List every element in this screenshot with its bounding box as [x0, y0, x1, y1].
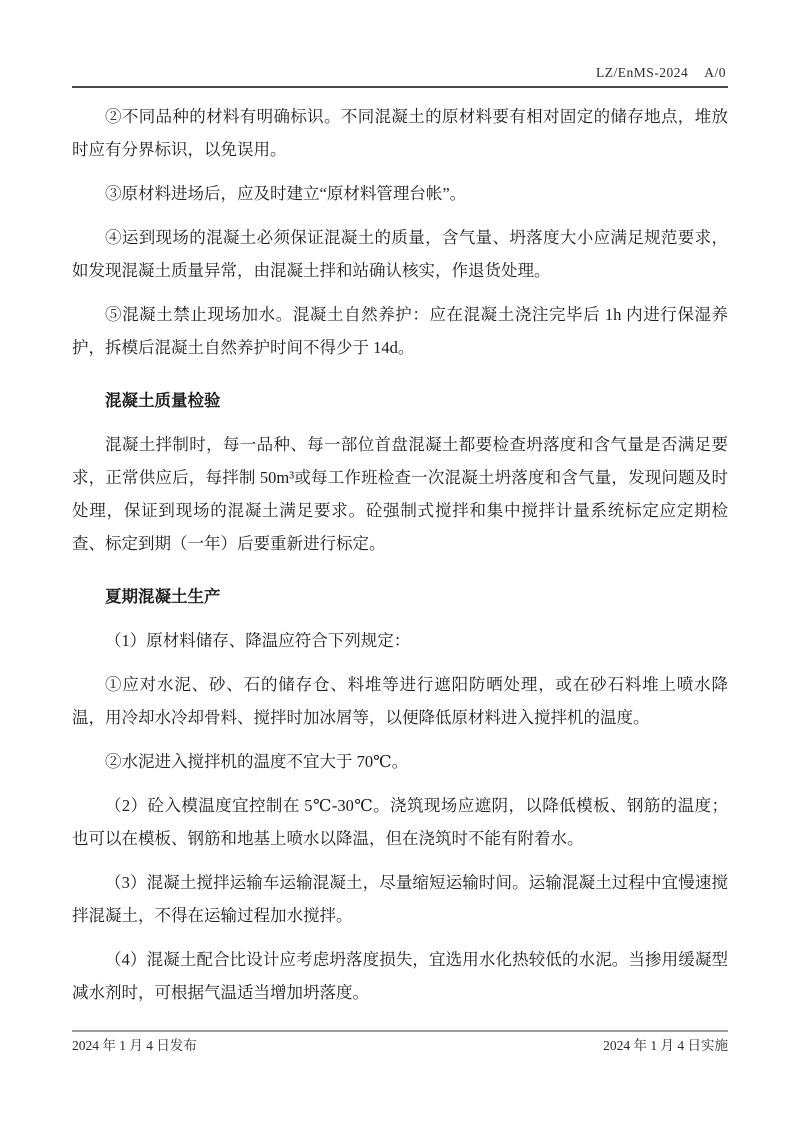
document-body: ②不同品种的材料有明确标识。不同混凝土的原材料要有相对固定的储存地点，堆放时应有…: [72, 100, 728, 1009]
clause-shading-cooling: ①应对水泥、砂、石的储存仓、料堆等进行遮阳防晒处理，或在砂石料堆上喷水降温，用冷…: [72, 668, 728, 734]
section-heading-quality-inspection: 混凝土质量检验: [72, 384, 728, 417]
clause-curing-requirements: ⑤混凝土禁止现场加水。混凝土自然养护：应在混凝土浇注完毕后 1h 内进行保湿养护…: [72, 298, 728, 364]
clause-mix-design: （4）混凝土配合比设计应考虑坍落度损失，宜选用水化热较低的水泥。当掺用缓凝型减水…: [72, 943, 728, 1009]
document-code: LZ/EnMS-2024: [596, 65, 688, 80]
document-page: LZ/EnMS-2024A/0 ②不同品种的材料有明确标识。不同混凝土的原材料要…: [0, 0, 800, 1130]
footer-implementation-date: 2024 年 1 月 4 日实施: [603, 1037, 728, 1055]
footer-issue-date: 2024 年 1 月 4 日发布: [72, 1037, 197, 1055]
clause-material-labeling: ②不同品种的材料有明确标识。不同混凝土的原材料要有相对固定的储存地点，堆放时应有…: [72, 100, 728, 166]
clause-storage-cooling-intro: （1）原材料储存、降温应符合下列规定：: [72, 624, 728, 657]
clause-material-ledger: ③原材料进场后，应及时建立“原材料管理台帐”。: [72, 177, 728, 210]
clause-transport: （3）混凝土搅拌运输车运输混凝土，尽量缩短运输时间。运输混凝土过程中宜慢速搅拌混…: [72, 866, 728, 932]
page-header: LZ/EnMS-2024A/0: [72, 0, 728, 88]
clause-mixing-inspection: 混凝土拌制时，每一品种、每一部位首盘混凝土都要检查坍落度和含气量是否满足要求，正…: [72, 428, 728, 560]
clause-concrete-quality-assurance: ④运到现场的混凝土必须保证混凝土的质量，含气量、坍落度大小应满足规范要求，如发现…: [72, 221, 728, 287]
clause-mold-temperature: （2）砼入模温度宜控制在 5℃-30℃。浇筑现场应遮阴，以降低模板、钢筋的温度；…: [72, 789, 728, 855]
clause-cement-temperature: ②水泥进入搅拌机的温度不宜大于 70℃。: [72, 745, 728, 778]
page-footer: 2024 年 1 月 4 日发布 2024 年 1 月 4 日实施: [72, 1030, 728, 1055]
document-revision: A/0: [704, 65, 726, 80]
section-heading-summer-production: 夏期混凝土生产: [72, 580, 728, 613]
